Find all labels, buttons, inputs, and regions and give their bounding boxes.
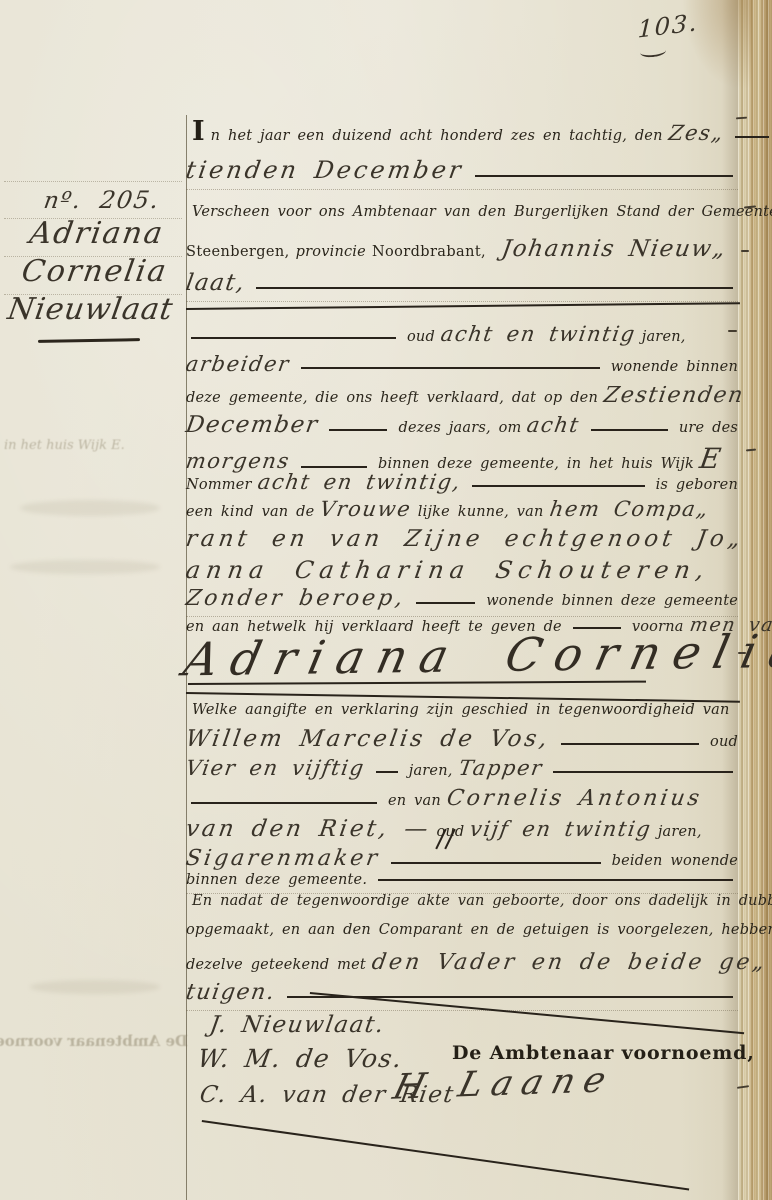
declared-line: deze gemeente, die ons heeft verklaard, … bbox=[186, 383, 738, 408]
fill-line bbox=[301, 367, 600, 369]
edge-tick bbox=[728, 330, 737, 332]
closing2-printed: opgemaakt, en aan den Comparant en de ge… bbox=[186, 922, 772, 938]
province-label: provincie bbox=[296, 244, 366, 260]
witness2-age-line: van den Riet, — oud vijf en twintig jare… bbox=[186, 816, 738, 842]
municipality-name: Steenbergen, bbox=[186, 244, 290, 260]
child-given-names-line: Adriana Cornelia bbox=[186, 628, 738, 682]
fill-line bbox=[472, 485, 645, 487]
this-year-printed: dezes jaars, om bbox=[398, 420, 521, 436]
witness2-name-handwritten: Cornelis Antonius bbox=[445, 786, 704, 811]
book-page-edges bbox=[738, 0, 772, 1200]
margin-child-name-2: Cornelia bbox=[19, 254, 170, 289]
bleedthrough-text: in het huis Wijk E. bbox=[4, 438, 125, 453]
fill-line bbox=[191, 337, 396, 339]
margin-child-name-1: Adriana bbox=[27, 216, 166, 251]
age-label: oud bbox=[407, 329, 435, 345]
witness2-occupation-handwritten: Sigarenmaker bbox=[184, 846, 382, 871]
fill-line bbox=[561, 743, 699, 745]
witness1-years-label: jaren, bbox=[409, 763, 453, 779]
residing-label: wonende binnen bbox=[611, 359, 738, 375]
margin-guide-line bbox=[4, 181, 182, 182]
appeared-printed-text: Verscheen voor ons Ambtenaar van den Bur… bbox=[192, 204, 772, 220]
signature-witness1: W. M. de Vos. bbox=[196, 1044, 405, 1073]
fill-line bbox=[329, 429, 387, 431]
edge-tick bbox=[738, 652, 746, 654]
both-residing-continued: binnen deze gemeente. bbox=[186, 872, 367, 888]
closing-line-2: opgemaakt, en aan den Comparant en de ge… bbox=[186, 922, 738, 938]
age-line: oud acht en twintig jaren, bbox=[186, 322, 738, 346]
mother-occupation-line: Zonder beroep, wonende binnen deze gemee… bbox=[186, 586, 738, 617]
father-continuation-line: rant en van Zijne echtgenoot Jo„ bbox=[186, 526, 738, 552]
both-residing-line: binnen deze gemeente. bbox=[186, 872, 738, 894]
closing1-printed: En nadat de tegenwoordige akte van geboo… bbox=[192, 893, 772, 909]
witness1-name-line: Willem Marcelis de Vos, oud bbox=[186, 726, 738, 752]
closing3-printed: dezelve geteekend met bbox=[186, 957, 366, 973]
bleedthrough-smudge bbox=[20, 500, 160, 516]
witness1-occupation-handwritten: Tapper bbox=[457, 756, 545, 780]
municipality-line: Steenbergen, provincie Noordbrabant, Joh… bbox=[186, 236, 738, 262]
fill-line bbox=[391, 862, 601, 864]
house-number-line: Nommer acht en twintig, is geboren bbox=[186, 470, 738, 494]
witness1-age-handwritten: Vier en vijftig bbox=[184, 756, 367, 780]
scanned-birth-record: { "page": { "folio_number": "103." }, "m… bbox=[0, 0, 772, 1200]
residing2-printed: wonende binnen deze gemeente bbox=[486, 593, 738, 609]
and-of-label: en van bbox=[388, 793, 441, 809]
bleedthrough-smudge bbox=[30, 980, 160, 994]
declarant-name-handwritten: Johannis Nieuw„ bbox=[500, 236, 728, 262]
intro-day-handwritten: Zes„ bbox=[667, 121, 726, 145]
house-number-handwritten: acht en twintig, bbox=[256, 470, 463, 494]
witnesses-intro-line: Welke aangifte en verklaring zijn geschi… bbox=[186, 702, 738, 718]
sex-handwritten: Vrouwe bbox=[319, 497, 414, 521]
closing3-handwritten: den Vader en de beide ge„ bbox=[370, 950, 769, 975]
date-handwritten: tienden December bbox=[184, 156, 466, 184]
act-number-block: nº. 205. bbox=[44, 186, 160, 214]
bleedthrough-smudge bbox=[10, 560, 160, 574]
date-line: tienden December bbox=[186, 156, 738, 190]
declarant-name-continued: laat, bbox=[184, 270, 247, 296]
witness2-name-continued: van den Riet, — bbox=[184, 816, 433, 842]
both-residing-label: beiden wonende bbox=[612, 853, 738, 869]
fill-line bbox=[735, 136, 769, 138]
fill-line bbox=[591, 429, 668, 431]
child-sex-line: een kind van de Vrouwe lijke kunne, van … bbox=[186, 497, 738, 521]
declared-printed-text: deze gemeente, die ons heeft verklaard, … bbox=[186, 390, 598, 406]
is-born-label: is geboren bbox=[656, 477, 738, 493]
birth-month-line: December dezes jaars, om acht ure des bbox=[186, 412, 738, 438]
witnesses-printed-text: Welke aangifte en verklaring zijn geschi… bbox=[192, 702, 730, 718]
fill-line bbox=[378, 879, 733, 881]
number-label: Nommer bbox=[186, 477, 252, 493]
age-handwritten: acht en twintig bbox=[439, 322, 638, 346]
witness2-occupation-line: Sigarenmaker beiden wonende bbox=[186, 846, 738, 871]
fill-line bbox=[475, 175, 733, 177]
declarant-continuation-line: laat, bbox=[186, 270, 738, 302]
sex-printed-continuation: lijke kunne, van bbox=[418, 504, 544, 520]
fill-line bbox=[301, 466, 367, 468]
closing4-handwritten: tuigen. bbox=[184, 980, 277, 1005]
fill-line bbox=[191, 802, 377, 804]
occupation-line: arbeider wonende binnen bbox=[186, 352, 738, 376]
witness1-age-line: Vier en vijftig jaren, Tapper bbox=[186, 756, 738, 780]
witness2-intro-line: en van Cornelis Antonius bbox=[186, 786, 738, 811]
child-of-printed: een kind van de bbox=[186, 504, 314, 520]
intro-dropcap: I bbox=[192, 118, 205, 145]
province-name: Noordbrabant, bbox=[372, 244, 486, 260]
edge-tick bbox=[741, 250, 749, 252]
hour-label: ure des bbox=[679, 420, 738, 436]
appeared-line: Verscheen voor ons Ambtenaar van den Bur… bbox=[186, 204, 738, 220]
witness1-name-handwritten: Willem Marcelis de Vos, bbox=[184, 726, 552, 752]
witness1-age-label: oud bbox=[710, 734, 738, 750]
mother-name-handwritten: anna Catharina Schouteren, bbox=[184, 556, 712, 584]
birth-hour-handwritten: acht bbox=[526, 413, 582, 437]
father-handwritten-continued: rant en van Zijne echtgenoot Jo„ bbox=[184, 526, 746, 552]
fill-line bbox=[376, 771, 398, 773]
signature-official: H Laane bbox=[389, 1060, 619, 1108]
intro-printed-text: n het jaar een duizend acht honderd zes … bbox=[211, 128, 663, 144]
act-number: 205. bbox=[98, 186, 162, 214]
signature-declarant: J. Nieuwlaat. bbox=[208, 1012, 387, 1038]
intro-line: I n het jaar een duizend acht honderd ze… bbox=[186, 118, 738, 145]
witness2-age-handwritten: vijf en twintig bbox=[469, 817, 654, 841]
fill-line bbox=[416, 602, 475, 604]
mother-occupation-handwritten: Zonder beroep, bbox=[184, 586, 407, 611]
father-handwritten: hem Compa„ bbox=[548, 497, 711, 521]
years-label: jaren, bbox=[642, 329, 686, 345]
mother-name-line: anna Catharina Schouteren, bbox=[186, 556, 738, 584]
fill-line bbox=[553, 771, 733, 773]
birth-day-handwritten: Zestienden bbox=[602, 383, 746, 408]
margin-child-name-3: Nieuwlaat bbox=[5, 292, 176, 327]
child-given-names-handwritten: Adriana Cornelia bbox=[179, 624, 772, 687]
closing-line-1: En nadat de tegenwoordige akte van geboo… bbox=[186, 893, 738, 909]
birth-month-handwritten: December bbox=[184, 412, 321, 438]
witness2-years-label: jaren, bbox=[658, 824, 702, 840]
occupation-handwritten: arbeider bbox=[184, 352, 292, 376]
bleedthrough-official-title: De Ambtenaar voornoemd, bbox=[0, 1032, 188, 1050]
act-number-label: nº. bbox=[42, 188, 84, 214]
closing-line-3: dezelve geteekend met den Vader en de be… bbox=[186, 950, 738, 975]
fill-line bbox=[256, 287, 733, 289]
